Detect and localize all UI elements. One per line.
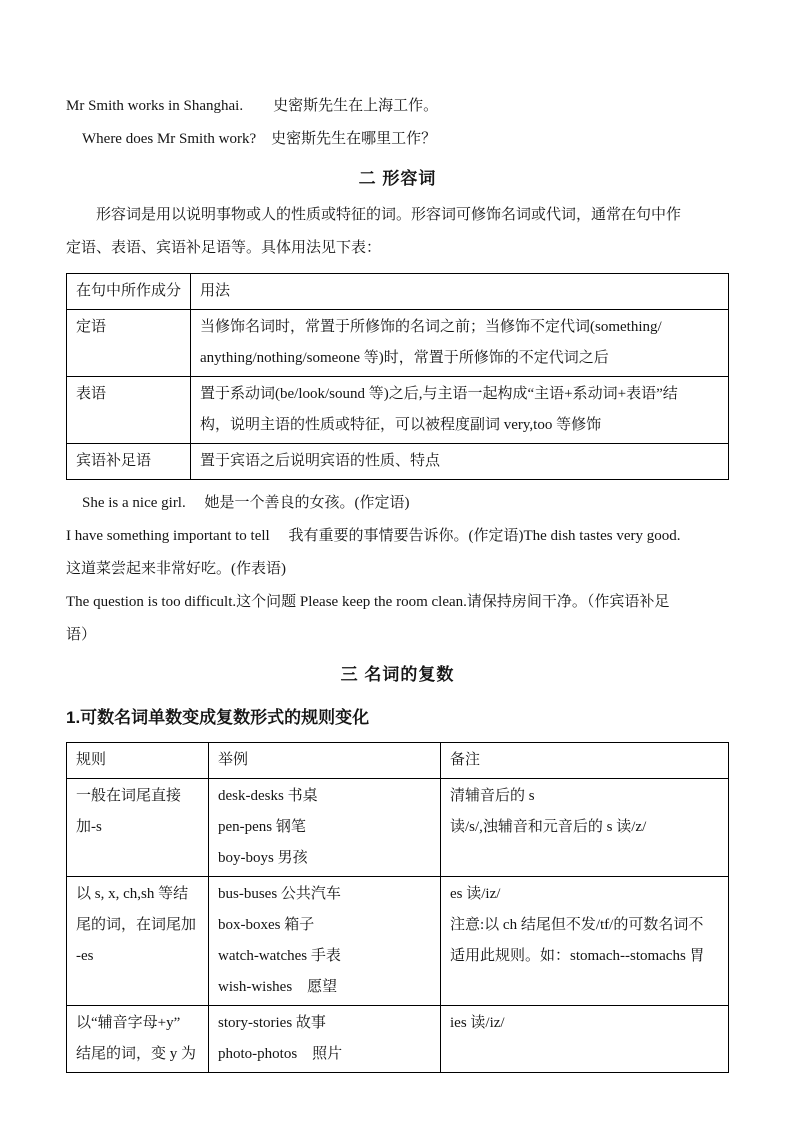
- t1-usage-object-complement: 置于宾语之后说明宾语的性质、特点: [191, 444, 729, 480]
- t2-note-add-s: 清辅音后的 s 读/s/,浊辅音和元音后的 s 读/z/: [441, 779, 729, 877]
- sentence-where-work: Where does Mr Smith work? 史密斯先生在哪里工作？: [66, 123, 729, 156]
- subheading-regular-plural-rules: 1.可数名词单数变成复数形式的规则变化: [66, 701, 729, 734]
- example-sentence: I have something important to tell 我有重要的…: [66, 520, 729, 586]
- example-sentence: The question is too difficult.这个问题 Pleas…: [66, 586, 729, 652]
- table-row: 以“辅音字母+y” 结尾的词，变 y 为 story-stories 故事 ph…: [67, 1006, 729, 1073]
- t2-examples-add-es: bus-buses 公共汽车 box-boxes 箱子 watch-watche…: [209, 877, 441, 1006]
- table-row: 一般在词尾直接 加-s desk-desks 书桌 pen-pens 钢笔 bo…: [67, 779, 729, 877]
- t2-header-rule: 规则: [67, 743, 209, 779]
- adjective-examples: She is a nice girl. 她是一个善良的女孩。(作定语) I ha…: [66, 487, 729, 652]
- t2-header-example: 举例: [209, 743, 441, 779]
- table-row: 表语 置于系动词(be/look/sound 等)之后,与主语一起构成“主语+系…: [67, 377, 729, 444]
- document-page: Mr Smith works in Shanghai. 史密斯先生在上海工作。 …: [0, 0, 793, 1073]
- t1-role-attributive: 定语: [67, 310, 191, 377]
- plural-table-header-row: 规则 举例 备注: [67, 743, 729, 779]
- t2-note-add-es: es 读/iz/ 注意:以 ch 结尾但不发/tf/的可数名词不 适用此规则。如…: [441, 877, 729, 1006]
- example-sentence: She is a nice girl. 她是一个善良的女孩。(作定语): [66, 487, 729, 520]
- sentence-shanghai: Mr Smith works in Shanghai. 史密斯先生在上海工作。: [66, 90, 729, 123]
- adjective-table-header-row: 在句中所作成分 用法: [67, 274, 729, 310]
- t2-examples-consonant-y: story-stories 故事 photo-photos 照片: [209, 1006, 441, 1073]
- table-row: 定语 当修饰名词时，常置于所修饰的名词之前；当修饰不定代词(something/…: [67, 310, 729, 377]
- t2-examples-add-s: desk-desks 书桌 pen-pens 钢笔 boy-boys 男孩: [209, 779, 441, 877]
- t2-note-consonant-y: ies 读/iz/: [441, 1006, 729, 1073]
- t1-usage-attributive: 当修饰名词时，常置于所修饰的名词之前；当修饰不定代词(something/ an…: [191, 310, 729, 377]
- t1-header-usage: 用法: [191, 274, 729, 310]
- adjectives-intro: 形容词是用以说明事物或人的性质或特征的词。形容词可修饰名词或代词，通常在句中作 …: [66, 199, 729, 265]
- t2-rule-consonant-y: 以“辅音字母+y” 结尾的词，变 y 为: [67, 1006, 209, 1073]
- table-row: 宾语补足语 置于宾语之后说明宾语的性质、特点: [67, 444, 729, 480]
- t1-role-object-complement: 宾语补足语: [67, 444, 191, 480]
- heading-adjectives: 二 形容词: [66, 162, 729, 195]
- heading-noun-plurals: 三 名词的复数: [66, 658, 729, 691]
- t2-header-note: 备注: [441, 743, 729, 779]
- t1-usage-predicative: 置于系动词(be/look/sound 等)之后,与主语一起构成“主语+系动词+…: [191, 377, 729, 444]
- t1-header-role: 在句中所作成分: [67, 274, 191, 310]
- t2-rule-add-s: 一般在词尾直接 加-s: [67, 779, 209, 877]
- table-row: 以 s, x, ch,sh 等结 尾的词，在词尾加 -es bus-buses …: [67, 877, 729, 1006]
- t1-role-predicative: 表语: [67, 377, 191, 444]
- t2-rule-add-es: 以 s, x, ch,sh 等结 尾的词，在词尾加 -es: [67, 877, 209, 1006]
- adjective-usage-table: 在句中所作成分 用法 定语 当修饰名词时，常置于所修饰的名词之前；当修饰不定代词…: [66, 273, 729, 480]
- plural-rules-table: 规则 举例 备注 一般在词尾直接 加-s desk-desks 书桌 pen-p…: [66, 742, 729, 1073]
